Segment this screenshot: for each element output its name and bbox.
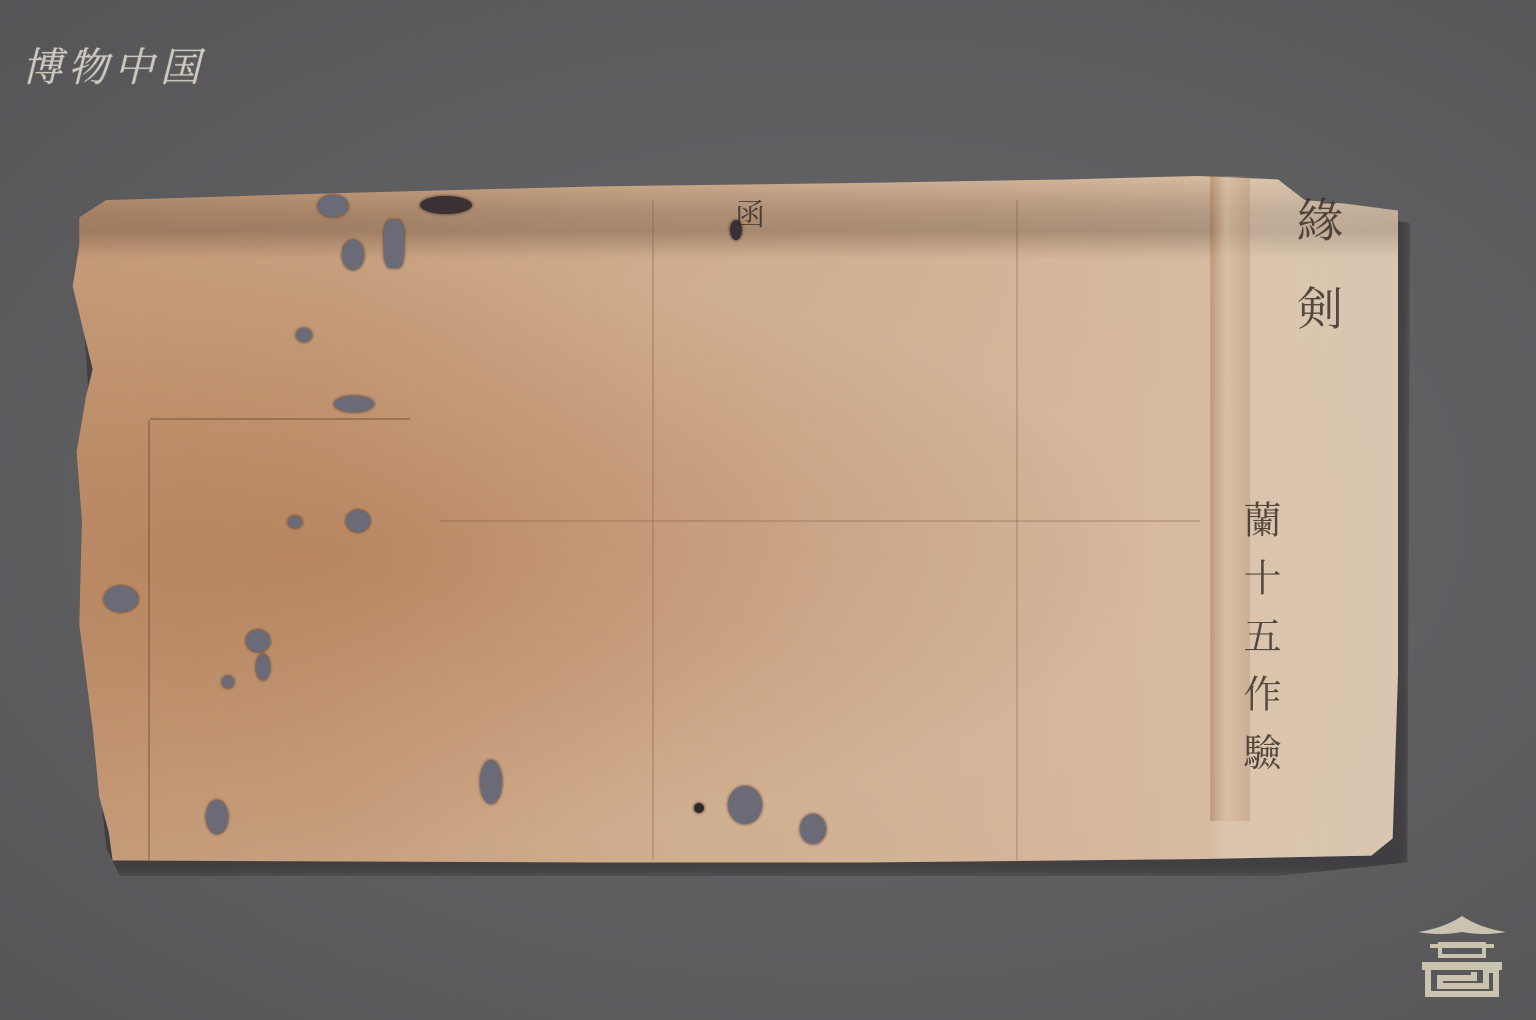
vertical-crease	[1016, 200, 1018, 860]
paper-hole	[334, 396, 374, 412]
paper-hole	[420, 196, 472, 214]
paper-hole	[384, 220, 404, 268]
paper-hole	[346, 510, 370, 532]
inscription-top: 函	[735, 190, 765, 234]
paper-hole	[694, 803, 704, 813]
pavilion-logo-icon	[1414, 908, 1510, 998]
vertical-crease	[148, 420, 150, 860]
paper-hole	[256, 654, 270, 680]
horizontal-crease	[440, 520, 1200, 522]
watermark-text: 博物中国	[22, 36, 206, 93]
paper-hole	[288, 516, 302, 528]
paper-hole	[206, 800, 228, 834]
vertical-crease	[652, 200, 654, 860]
paper-hole	[318, 195, 348, 217]
inscription-right-column-2: 蘭 十 五 作 驗	[1232, 500, 1287, 774]
paper-hole	[296, 328, 312, 342]
paper-hole	[342, 240, 364, 270]
paper-hole	[246, 630, 270, 652]
paper-hole	[222, 676, 234, 688]
horizontal-crease	[150, 418, 410, 420]
paper-hole	[104, 586, 138, 612]
paper-hole	[480, 760, 502, 804]
inscription-right-column-1: 緣 剣	[1284, 196, 1350, 345]
paper-hole	[728, 786, 762, 824]
paper-hole	[800, 814, 826, 844]
